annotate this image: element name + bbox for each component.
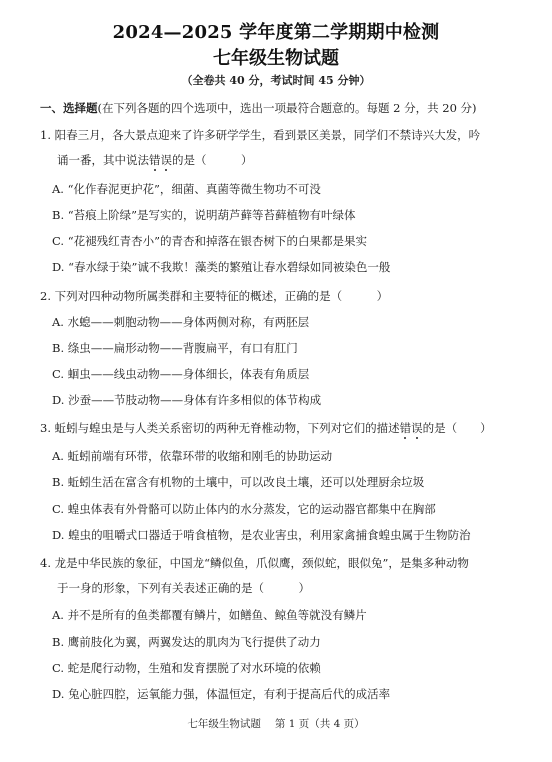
question-1-option-b: B. “苔痕上阶绿”是写实的，说明葫芦藓等苔藓植物有叶绿体 [52, 207, 356, 223]
footer-subject: 七年级生物试题 [187, 718, 261, 730]
exam-title: 2024—2025 学年度第二学期期中检测 [0, 18, 552, 44]
question-2-option-d: D. 沙蚕——节肢动物——身体有许多相似的体节构成 [52, 392, 321, 408]
question-2-option-c: C. 蛔虫——线虫动物——身体细长，体表有角质层 [52, 366, 309, 382]
question-4-stem-line2: 于一身的形象，下列有关表述正确的是（ ） [57, 580, 310, 596]
emphasis-char: 错 [149, 152, 161, 168]
answer-blank: 的是（ ） [423, 421, 492, 435]
question-4-option-c: C. 蛇是爬行动物，生殖和发育摆脱了对水环境的依赖 [52, 660, 321, 676]
emphasis-char: 误 [411, 420, 423, 436]
question-number: 3. [40, 421, 51, 435]
exam-page: 2024—2025 学年度第二学期期中检测 七年级生物试题 （全卷共 40 分，… [0, 0, 552, 762]
exam-subject-title: 七年级生物试题 [0, 44, 552, 70]
question-2-stem: 2. 下列对四种动物所属类群和主要特征的概述，正确的是（ ） [40, 288, 388, 304]
question-4-option-a: A. 并不是所有的鱼类都覆有鳞片，如鳝鱼、鲸鱼等就没有鳞片 [52, 607, 367, 623]
question-3-option-c: C. 蝗虫体表有外骨骼可以防止体内的水分蒸发，它的运动器官都集中在胸部 [52, 501, 436, 517]
question-number: 4. [40, 556, 51, 570]
question-text: 诵一番，其中说法 [57, 153, 149, 167]
question-3-option-a: A. 蚯蚓前端有环带，依靠环带的收缩和刚毛的协助运动 [52, 448, 332, 464]
section-title: 一、选择题 [40, 101, 98, 115]
question-1-option-a: A. “化作春泥更护花”，细菌、真菌等微生物功不可没 [52, 181, 321, 197]
question-1-stem-line1: 1. 阳春三月，各大景点迎来了许多研学学生，看到景区美景，同学们不禁诗兴大发，吟 [40, 127, 480, 143]
question-text: 阳春三月，各大景点迎来了许多研学学生，看到景区美景，同学们不禁诗兴大发，吟 [55, 128, 481, 142]
question-3-option-b: B. 蚯蚓生活在富含有机物的土壤中，可以改良土壤，还可以处理厨余垃圾 [52, 474, 424, 490]
page-footer: 七年级生物试题第 1 页（共 4 页） [0, 716, 552, 731]
question-1-option-d: D. “春水绿于染”诚不我欺！藻类的繁殖让春水碧绿如同被染色一般 [52, 259, 390, 275]
question-number: 1. [40, 128, 51, 142]
exam-info: （全卷共 40 分，考试时间 45 分钟） [0, 72, 552, 88]
question-text: 下列对四种动物所属类群和主要特征的概述，正确的是（ ） [55, 289, 389, 303]
page-number: 第 1 页 [275, 718, 309, 730]
question-text: 蚯蚓与蝗虫是与人类关系密切的两种无脊椎动物，下列对它们的描述 [55, 421, 400, 435]
question-4-stem-line1: 4. 龙是中华民族的象征，中国龙“鳞似鱼，爪似鹰，颈似蛇，眼似兔”，是集多种动物 [40, 555, 469, 571]
question-2-option-a: A. 水螅——刺胞动物——身体两侧对称，有两胚层 [52, 314, 309, 330]
emphasis-char: 错 [400, 420, 412, 436]
question-4-option-d: D. 兔心脏四腔，运氧能力强，体温恒定，有利于提高后代的成活率 [52, 686, 390, 702]
question-4-option-b: B. 鹰前肢化为翼，两翼发达的肌肉为飞行提供了动力 [52, 634, 321, 650]
question-3-stem: 3. 蚯蚓与蝗虫是与人类关系密切的两种无脊椎动物，下列对它们的描述错误的是（ ） [40, 420, 492, 436]
question-1-option-c: C. “花褪残红青杏小”的青杏和掉落在银杏树下的白果都是果实 [52, 233, 367, 249]
question-text: 龙是中华民族的象征，中国龙“鳞似鱼，爪似鹰，颈似蛇，眼似兔”，是集多种动物 [55, 556, 469, 570]
section-instruction: (在下列各题的四个选项中，选出一项最符合题意的。每题 2 分，共 20 分) [98, 101, 477, 115]
page-total: （共 4 页） [309, 718, 364, 730]
question-2-option-b: B. 绦虫——扁形动物——背腹扁平，有口有肛门 [52, 340, 298, 356]
question-number: 2. [40, 289, 51, 303]
section-heading: 一、选择题(在下列各题的四个选项中，选出一项最符合题意的。每题 2 分，共 20… [40, 100, 477, 116]
question-3-option-d: D. 蝗虫的咀嚼式口器适于啃食植物，是农业害虫，利用家禽捕食蝗虫属于生物防治 [52, 527, 471, 543]
answer-blank: 的是（ ） [172, 153, 253, 167]
emphasis-char: 误 [161, 152, 173, 168]
question-1-stem-line2: 诵一番，其中说法错误的是（ ） [57, 152, 253, 168]
